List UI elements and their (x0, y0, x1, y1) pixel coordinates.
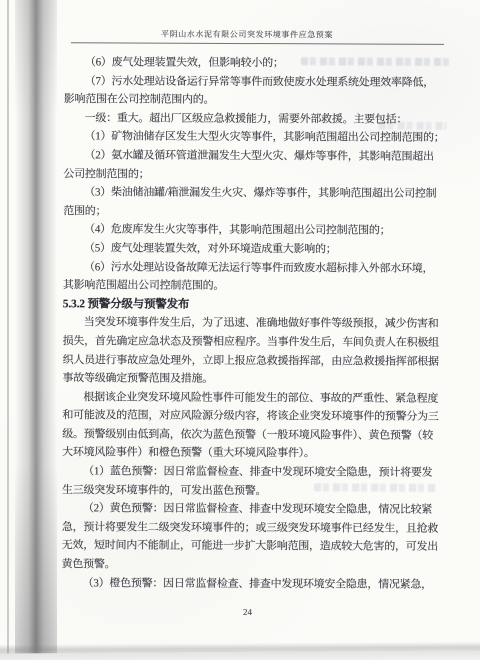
scanned-document-page: 平阴山水水泥有限公司突发环境事件应急预案 （6）废气处理装置失效，但影响较小的；… (0, 0, 480, 660)
text-line: （1）矿物油储存区发生大型火灾等事件，其影响范围超出公司控制范围的； (64, 128, 440, 148)
text-line: 无效，短时间内不能制止，可能进一步扩大影响范围，造成较大危害的，可发出 (62, 537, 438, 557)
text-line: 级。预警级别由低到高，依次为蓝色预警（一般环境风险事件）、黄色预警（较 (62, 425, 438, 445)
text-line: 其影响范围超出公司控制范围的。 (63, 276, 439, 296)
text-line: 生三级突发环境事件的，可发出蓝色预警。 (62, 481, 438, 501)
text-line: 范围的； (63, 202, 439, 222)
text-line: 根据该企业突发环境风险性事件可能发生的部位、事故的严重性、紧急程度 (62, 388, 438, 408)
text-line: 和可能波及的范围，对应风险源分级内容，将该企业突发环境事件的预警分为三 (62, 407, 438, 427)
text-line: （6）污水处理站设备故障无法运行等事件而致废水超标排入外部水环境， (63, 258, 439, 278)
text-line: （5）废气处理装置失效，对外环境造成重大影响的； (63, 239, 439, 259)
text-line: 急，预计将要发生二级突发环境事件的；或三级突发环境事件已经发生，且抢救 (62, 518, 438, 538)
text-line: 公司控制范围的； (63, 165, 439, 185)
text-line: （4）危废库发生火灾等事件，其影响范围超出公司控制范围的； (63, 221, 439, 241)
text-line: 黄色预警。 (62, 555, 438, 575)
section-heading: 5.3.2 预警分级与预警发布 (63, 295, 439, 315)
document-sheet: 平阴山水水泥有限公司突发环境事件应急预案 （6）废气处理装置失效，但影响较小的；… (0, 0, 480, 660)
header-rule (71, 42, 444, 45)
body-text: （6）废气处理装置失效，但影响较小的；（7）污水处理站设备运行异常等事件而致使废… (62, 53, 440, 594)
text-line: 影响范围在公司控制范围内的。 (64, 90, 440, 110)
text-line: 当突发环境事件发生后，为了迅速、准确地做好事件等级预报，减少伤害和 (63, 314, 439, 334)
text-line: （3）橙色预警：因日常监督检查、排查中发现环境安全隐患，情况紧急， (62, 574, 438, 594)
text-line: （2）黄色预警：因日常监督检查、排查中发现环境安全隐患，情况比较紧 (62, 499, 438, 519)
text-line: 一级：重大。超出厂区级应急救援能力，需要外部救援。主要包括： (64, 109, 440, 129)
text-line: （7）污水处理站设备运行异常等事件而致使废水处理系统处理效率降低， (64, 72, 440, 92)
text-line: 大环境风险事件）和橙色预警（重大环境风险事件）。 (62, 444, 438, 464)
text-line: （6）废气处理装置失效，但影响较小的； (64, 53, 440, 73)
text-line: （3）柴油储油罐/箱泄漏发生火灾、爆炸等事件，其影响范围超出公司控制 (63, 183, 439, 203)
page-number: 24 (61, 606, 433, 618)
text-line: 织人员进行事故应急处理外，立即上报应急救援指挥部，由应急救援指挥部根据 (63, 351, 439, 371)
text-line: （2）氨水罐及循环管道泄漏发生大型火灾、爆炸等事件，其影响范围超出 (63, 146, 439, 166)
running-header: 平阴山水水泥有限公司突发环境事件应急预案 (61, 28, 433, 41)
text-line: （1）蓝色预警：因日常监督检查、排查中发现环境安全隐患，预计将要发 (62, 462, 438, 482)
text-line: 事故等级确定预警范围及措施。 (62, 369, 438, 389)
text-line: 损失，首先确定应急状态及预警相应程序。当事件发生后，车间负责人在积极组 (63, 332, 439, 352)
